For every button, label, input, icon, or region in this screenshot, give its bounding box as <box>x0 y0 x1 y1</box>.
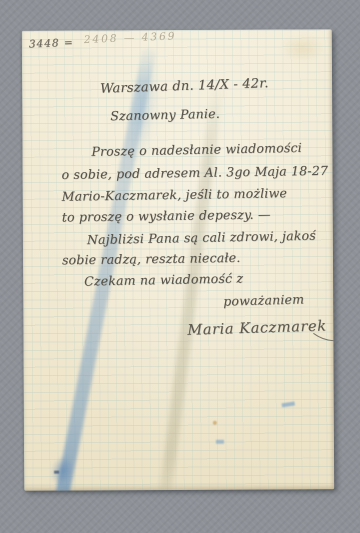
blue-mark-dot <box>216 440 224 444</box>
edge-speck <box>54 471 59 474</box>
letter-body-line: to proszę o wysłanie depeszy. — <box>62 207 271 225</box>
letter-salutation: Szanowny Panie. <box>110 106 220 123</box>
letter-body-line: Najbliżsi Pana są cali zdrowi, jakoś <box>87 228 316 247</box>
letter-body-line: Mario-Kaczmarek, jeśli to możliwe <box>62 185 288 204</box>
signature: Maria Kaczmarek <box>187 318 327 338</box>
letter-body-line: Czekam na wiadomość z <box>84 271 243 289</box>
blue-mark-dash <box>282 402 295 408</box>
blue-ink-blob-bottom <box>47 453 77 488</box>
foxing-stain <box>280 34 326 62</box>
letter-paper: 3448 = 2408 — 4369 Warszawa dn. 14/X - 4… <box>22 29 334 491</box>
signature-flourish <box>311 328 334 346</box>
archive-number-light: 2408 — 4369 <box>84 30 177 46</box>
letter-body-line: Proszę o nadesłanie wiadomości <box>91 140 302 159</box>
scan-page: { "scan": { "background_color": "#8e9298… <box>0 0 360 533</box>
letter-body-line: sobie radzą, reszta niecałe. <box>62 250 241 267</box>
letter-closing: poważaniem <box>223 291 304 308</box>
letter-dateline: Warszawa dn. 14/X - 42r. <box>100 76 269 97</box>
archive-number-dark: 3448 = <box>29 37 74 51</box>
letter-body-line: o sobie, pod adresem Al. 3go Maja 18-27 <box>61 163 328 182</box>
rust-speck <box>213 421 217 425</box>
